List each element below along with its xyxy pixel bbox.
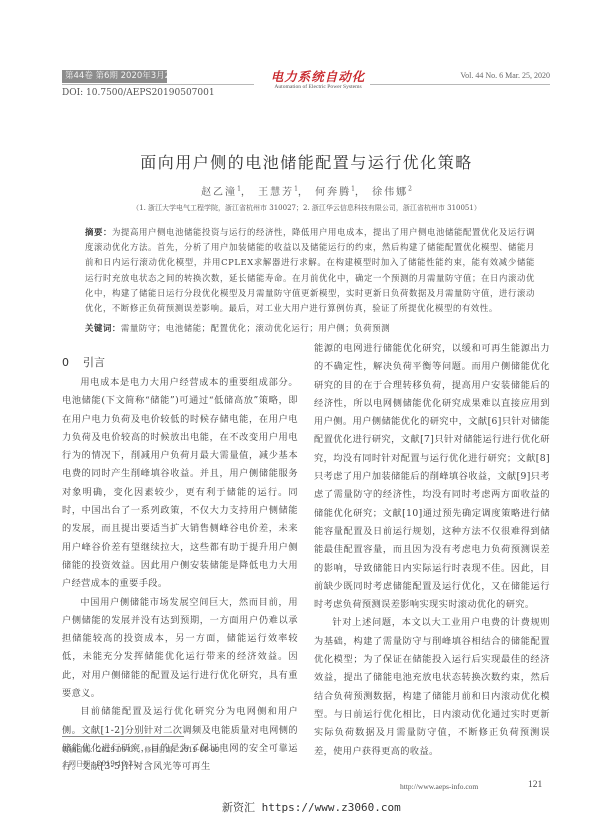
abstract-label: 摘要： xyxy=(85,227,112,237)
author-affiliation-mark: 1 xyxy=(294,186,298,193)
author-affiliation-mark: 1 xyxy=(351,186,355,193)
body-column-right: 能源的电网进行储能优化研究，以缓和可再生能源出力的不确定性，解决负荷平衡等问题。… xyxy=(314,340,550,761)
watermark: 新资汇 https://www.z3060.com xyxy=(222,799,401,815)
journal-url[interactable]: http://www.aeps-info.com xyxy=(400,782,478,791)
section-number: 0 xyxy=(62,356,69,369)
paragraph: 针对上述问题，本文以大工业用户电费的计费规则为基础，构建了需量防守与削峰填谷相结… xyxy=(314,614,550,760)
footnote-divider xyxy=(62,736,184,737)
keywords: 关键词：需量防守；电池储能；配置优化；滚动优化运行；用户侧；负荷预测 xyxy=(85,322,535,334)
author-name: 王慧芳 xyxy=(258,187,294,198)
footnote: 收稿日期：2019-05-07；修回日期：2019-08-09。 上网日期：20… xyxy=(62,743,227,771)
section-heading: 0引言 xyxy=(62,354,105,370)
abstract: 摘要：为提高用户侧电池储能投资与运行的经济性，降低用户用电成本，提出了用户侧电池… xyxy=(85,225,535,316)
section-title: 引言 xyxy=(83,356,105,369)
doi: DOI: 10.7500/AEPS20190507001 xyxy=(62,88,215,98)
keywords-label: 关键词： xyxy=(85,323,121,333)
article-title: 面向用户侧的电池储能配置与运行优化策略 xyxy=(0,150,613,173)
received-dates: 收稿日期：2019-05-07；修回日期：2019-08-09。 xyxy=(62,743,227,757)
issue-badge: 第44卷 第6期 2020年3月25日 xyxy=(62,70,167,83)
abstract-text: 为提高用户侧电池储能投资与运行的经济性，降低用户用电成本，提出了用户侧电池储能配… xyxy=(85,227,535,313)
body-column-left: 用电成本是电力大用户经营成本的重要组成部分。电池储能(下文简称“储能”)可通过“… xyxy=(62,374,298,777)
online-date: 上网日期：2019-10-21。 xyxy=(62,757,227,771)
journal-logo: 电力系统自动化 xyxy=(268,67,368,85)
author-name: 何奔腾 xyxy=(315,187,351,198)
paragraph: 能源的电网进行储能优化研究，以缓和可再生能源出力的不确定性，解决负荷平衡等问题。… xyxy=(314,340,550,614)
author-name: 徐伟娜 xyxy=(372,187,408,198)
author-affiliation-mark: 1 xyxy=(237,186,241,193)
keywords-text: 需量防守；电池储能；配置优化；滚动优化运行；用户侧；负荷预测 xyxy=(121,323,390,333)
author-list: 赵乙潼1， 王慧芳1， 何奔腾1， 徐伟娜2 xyxy=(0,183,613,198)
volume-info: Vol. 44 No. 6 Mar. 25, 2020 xyxy=(440,71,550,80)
header-divider xyxy=(370,84,550,85)
paragraph: 中国用户侧储能市场发展空间巨大，然而目前，用户侧储能的发展并没有达到预期，一方面… xyxy=(62,594,298,704)
author-affiliation-mark: 2 xyxy=(408,186,412,193)
paragraph: 用电成本是电力大用户经营成本的重要组成部分。电池储能(下文简称“储能”)可通过“… xyxy=(62,374,298,594)
journal-name-en: Automation of Electric Power Systems xyxy=(258,84,378,90)
author-name: 赵乙潼 xyxy=(201,187,237,198)
page-number: 121 xyxy=(528,780,542,790)
affiliations: （1. 浙江大学电气工程学院，浙江省杭州市 310027；2. 浙江华云信息科技… xyxy=(0,203,613,213)
header-divider xyxy=(62,84,254,85)
